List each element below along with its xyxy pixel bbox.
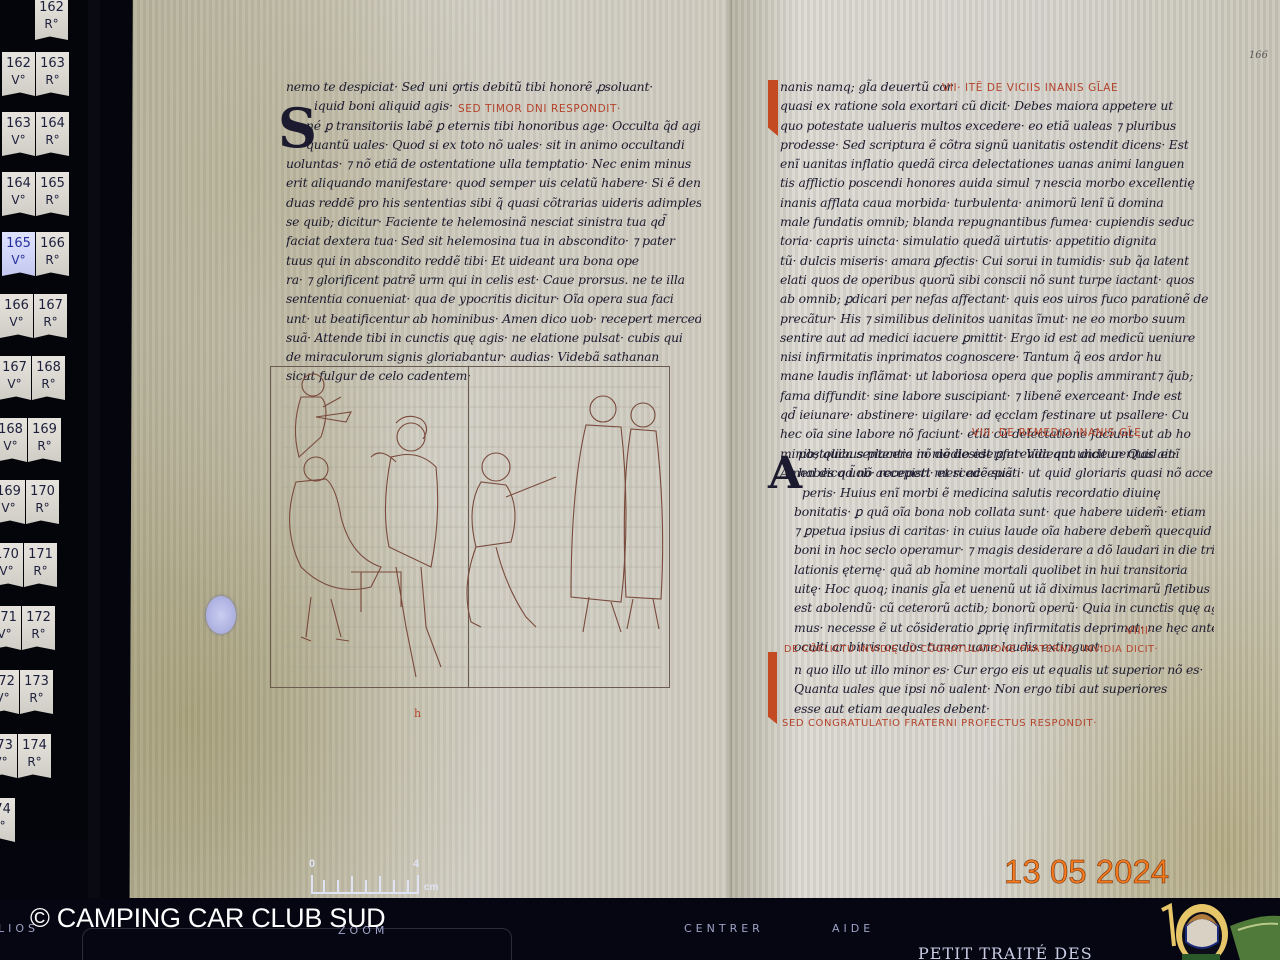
photo-date-stamp: 13 05 2024 (1004, 853, 1169, 891)
verso-leaf[interactable]: 173V° (0, 734, 17, 778)
center-button[interactable]: CENTRER (684, 922, 764, 935)
folio-thumbnail[interactable]: 162V°163R° (2, 52, 69, 98)
folio-thumbnail[interactable]: 170V°171R° (0, 543, 57, 589)
folio-side: V° (0, 818, 15, 835)
decorated-initial-i (768, 80, 778, 136)
folio-number: 173 (0, 738, 13, 753)
folio-side: V° (0, 754, 17, 771)
folio-side: R° (20, 690, 53, 707)
manuscript-line: ra· ⁊ glorificent patrẽ urm qui in celis… (286, 270, 701, 289)
recto-leaf[interactable]: 164R° (36, 112, 69, 156)
copyright-watermark: © CAMPING CAR CLUB SUD (30, 903, 385, 934)
manuscript-line: boni in hoc seclo operamur· ⁊ magis desi… (794, 540, 1214, 559)
scale-end: 4 (413, 858, 419, 870)
folio-thumbnail-rail: 162R°162V°163R°163V°164R°164V°165R°165V°… (0, 0, 100, 840)
verso-leaf[interactable]: 164V° (2, 172, 35, 216)
folio-number: 166 (40, 236, 65, 251)
manuscript-line: enĩ uanitas inflatio quedã circa delecta… (780, 154, 1210, 173)
verso-leaf[interactable]: 166V° (0, 294, 33, 338)
verso-leaf[interactable]: 163V° (2, 112, 35, 156)
recto-leaf[interactable]: 174R° (18, 734, 51, 778)
folio-side: V° (0, 376, 31, 393)
manuscript-line: nemo te despiciat· Sed uni ꝯrtis debitũ … (286, 77, 701, 96)
folio-number: 169 (32, 422, 57, 437)
manuscript-line: peris· Huius enĩ morbi ẽ medicina saluti… (794, 483, 1214, 502)
manuscript-line: precãtur· His ⁊ similibus delinitos uani… (780, 309, 1210, 328)
folio-number: 167 (2, 360, 27, 375)
recto-leaf[interactable]: 169R° (28, 418, 61, 462)
manuscript-line: Quanta uales que ipsi nõ ualent· Non erg… (794, 679, 1214, 698)
rubric-heading-viiii: VIIII· (1126, 625, 1153, 637)
rubric-heading-vii: VII· ITẼ DE VICIIS INANIS GL̃AE (942, 82, 1118, 94)
margin-mark: h (414, 707, 421, 720)
manuscript-page-verso[interactable]: S nemo te despiciat· Sed uni ꝯrtis debit… (128, 0, 735, 898)
folio-side: R° (36, 132, 69, 149)
verso-leaf[interactable]: 165V° (2, 232, 35, 276)
folio-thumbnail[interactable]: 172V°173R° (0, 670, 53, 716)
folio-number: 170 (30, 484, 55, 499)
recto-leaf[interactable]: 168R° (32, 356, 65, 400)
page-edge (128, 0, 136, 898)
manuscript-line: n quo illo ut illo minor es· Cur ergo ei… (794, 660, 1214, 679)
rubric-heading-congratulatio: SED CONGRATULATIO FRATERNI PROFECTUS RES… (782, 718, 1097, 729)
folio-thumbnail[interactable]: 164V°165R° (2, 172, 69, 218)
recto-leaf[interactable]: 165R° (36, 172, 69, 216)
manuscript-line: lationis ęternę· quã ab homine mortali q… (794, 560, 1214, 579)
verso-leaf[interactable]: 170V° (0, 543, 23, 587)
manuscript-line: tũ· dulcis miseris· amara ꝑfectis· Cui s… (780, 251, 1210, 270)
folio-side: R° (22, 626, 55, 643)
rubric-heading-viii: VIII· DE REMEDIO INANIS GL̃Ę (972, 427, 1142, 439)
scale-bar (311, 875, 419, 894)
manuscript-line: uoluntas· ⁊ nõ etiã de ostentatione ulla… (286, 154, 701, 173)
folio-number: 170 (0, 547, 19, 562)
manuscript-line: est abolendũ· cũ ceterorũ actib; bonorũ … (794, 598, 1214, 617)
folio-number: 173 (24, 674, 49, 689)
folio-side: V° (2, 72, 35, 89)
recto-leaf[interactable]: 167R° (34, 294, 67, 338)
folio-side: V° (0, 500, 25, 517)
folio-number: 163 (6, 116, 31, 131)
folio-number: 166 (4, 298, 29, 313)
manuscript-line: postolica sententia in medio est ꝑferend… (794, 444, 1214, 463)
manuscript-line: mane laudis inflãmat· ut laboriosa opera… (780, 366, 1210, 385)
folio-side: V° (0, 438, 27, 455)
folio-number: 171 (28, 547, 53, 562)
verso-leaf[interactable]: 167V° (0, 356, 31, 400)
folio-number: 164 (6, 176, 31, 191)
folio-number: 172 (26, 610, 51, 625)
folio-side: V° (0, 314, 33, 331)
rubric-heading-invidia: DE CÕFLICTU INVIDIĘ CŨ CÕGRATULATIONE FR… (784, 644, 1158, 655)
verso-leaf[interactable]: 168V° (0, 418, 27, 462)
folio-thumbnail[interactable]: 165V°166R° (2, 232, 69, 278)
folio-side: R° (28, 438, 61, 455)
scale-start: 0 (309, 858, 315, 870)
manuscript-line: male fundatis omnib; blanda repugnantibu… (780, 212, 1210, 231)
manuscript-line: ab omnib; ꝑdicari per nefas affectant· q… (780, 289, 1210, 308)
manuscript-line: quantũ uales· Quod si ex toto nõ uales· … (286, 135, 701, 154)
folio-number: 165 (6, 236, 31, 251)
manuscript-line: faciat dextera tua· Sed sit helemosina t… (286, 231, 701, 250)
recto-leaf[interactable]: 170R° (26, 480, 59, 524)
folio-thumbnail[interactable]: 167V°168R° (0, 356, 65, 402)
manuscript-line: qd̃ ieiunare· abstinere· uigilare· ad ęc… (780, 405, 1210, 424)
folio-thumbnail[interactable]: 168V°169R° (0, 418, 61, 464)
manuscript-line: tis afflictio poscendi honores auida sim… (780, 173, 1210, 192)
manuscript-line: unt· ut beatificentur ab hominibus· Amen… (286, 309, 701, 328)
folio-number: 165 (40, 176, 65, 191)
manuscript-spread: S nemo te despiciat· Sed uni ꝯrtis debit… (128, 0, 1280, 898)
manuscript-line: sententia conueniat· qua de ypocritis di… (286, 289, 701, 308)
manuscript-line: duas reddẽ pro his sententias sibi q̃ qu… (286, 193, 701, 212)
recto-leaf[interactable]: 172R° (22, 606, 55, 650)
manuscript-line: esse aut etiam aequales debent· (794, 699, 1214, 718)
folio-side: R° (26, 500, 59, 517)
manuscript-line: nisi infirmitatis inprimatos cognoscere·… (780, 347, 1210, 366)
folio-number: 169 (0, 484, 21, 499)
manuscript-line: erit aliquando manifestare· quod semper … (286, 173, 701, 192)
manuscript-line: suã· Attende tibi in cunctis quę agis· n… (286, 328, 701, 347)
scale-ruler: 0 4 cm (308, 858, 448, 898)
verso-leaf[interactable]: 174V° (0, 798, 15, 842)
help-button[interactable]: AIDE (832, 922, 874, 935)
manuscript-line: elati quos de operibus quorũ sibi consci… (780, 270, 1210, 289)
folio-number: 168 (36, 360, 61, 375)
recto-text-block-3: n quo illo ut illo minor es· Cur ergo ei… (794, 660, 1214, 718)
folio-number: 168 (0, 422, 23, 437)
folio-number: 166 (1249, 50, 1268, 61)
manuscript-line: sentire aut ad medici iacuere ꝑmittit· E… (780, 328, 1210, 347)
folio-number: 172 (0, 674, 15, 689)
manuscript-line: inanis afflata caua morbida· turbulenta·… (780, 193, 1210, 212)
folio-number: 164 (40, 116, 65, 131)
illustration-figures (271, 367, 671, 689)
recto-leaf[interactable]: 173R° (20, 670, 53, 714)
manuscript-page-recto[interactable]: 166 nanis namq; gl̃a deuertũ corquasi ex… (732, 0, 1280, 898)
recto-leaf[interactable]: 162R° (35, 0, 68, 40)
manuscript-line: bonitatis· ꝑ quã oĩa bona nob collata su… (794, 502, 1214, 521)
folio-side: V° (0, 563, 23, 580)
manuscript-line: uitę· Hoc quoq; inanis gl̃a et uenenũ ut… (794, 579, 1214, 598)
manuscript-line: ⁊ ꝑpetua ipsius di caritas· in cuius lau… (794, 521, 1214, 540)
folio-side: V° (2, 252, 35, 269)
folio-side: R° (36, 252, 69, 269)
folio-number: 171 (0, 610, 17, 625)
verso-text-block: nemo te despiciat· Sed uni ꝯrtis debitũ … (286, 77, 701, 386)
folio-number: 174 (22, 738, 47, 753)
recto-leaf[interactable]: 171R° (24, 543, 57, 587)
folio-number: 163 (40, 56, 65, 71)
pen-drawing-illustration (270, 366, 670, 688)
scale-unit: cm (424, 882, 438, 893)
manuscript-line: quasi ex ratione sola exortari cũ dicit·… (780, 96, 1210, 115)
folio-number: 167 (38, 298, 63, 313)
folio-side: V° (2, 132, 35, 149)
manuscript-line: habes qd̃ nõ accepisti· et si accepisti·… (794, 463, 1214, 482)
recto-text-block: nanis namq; gl̃a deuertũ corquasi ex rat… (780, 77, 1210, 482)
parchment-hole (206, 596, 236, 634)
folio-side: R° (24, 563, 57, 580)
folio-side: R° (32, 376, 65, 393)
manuscript-line: quo potestate ualueris multos excedere· … (780, 116, 1210, 135)
folio-number: 162 (6, 56, 31, 71)
recto-leaf[interactable]: 166R° (36, 232, 69, 276)
folio-side: V° (0, 626, 21, 643)
folio-side: V° (0, 690, 19, 707)
book-title: PETIT TRAITÉ DES (918, 944, 1093, 960)
verso-leaf[interactable]: 169V° (0, 480, 25, 524)
folio-thumbnail[interactable]: 162R° (34, 0, 68, 42)
angel-emblem-icon (1120, 896, 1280, 960)
decorated-initial-i-2 (768, 652, 777, 724)
manuscript-line: né ꝑ transitoriis labẽ ꝑ eternis tibi ho… (286, 116, 701, 135)
folio-thumbnail[interactable]: 169V°170R° (0, 480, 59, 526)
folio-thumbnail[interactable]: 163V°164R° (2, 112, 69, 158)
folio-thumbnail[interactable]: 174V° (0, 798, 15, 844)
folio-side: R° (36, 192, 69, 209)
folio-thumbnail[interactable]: 173V°174R° (0, 734, 51, 780)
folio-side: R° (36, 72, 69, 89)
manuscript-line: prodesse· Sed scriptura ẽ cõtra signũ ua… (780, 135, 1210, 154)
recto-leaf[interactable]: 163R° (36, 52, 69, 96)
verso-leaf[interactable]: 171V° (0, 606, 21, 650)
folio-thumbnail[interactable]: 166V°167R° (0, 294, 67, 340)
manuscript-line: toria· capris uincta· simulatio quedã ui… (780, 231, 1210, 250)
manuscript-line: se quib; dicitur· Faciente te helemosinã… (286, 212, 701, 231)
verso-leaf[interactable]: 172V° (0, 670, 19, 714)
rubric-heading: SED TIMOR DNI RESPONDIT· (458, 103, 621, 115)
manuscript-line: fama diffundit· sine labore suscipiant· … (780, 386, 1210, 405)
folio-side: R° (18, 754, 51, 771)
folio-side: V° (2, 192, 35, 209)
folio-number: 162 (39, 0, 64, 15)
folio-side: R° (34, 314, 67, 331)
verso-leaf[interactable]: 162V° (2, 52, 35, 96)
folio-side: R° (35, 16, 68, 33)
folio-thumbnail[interactable]: 171V°172R° (0, 606, 55, 652)
manuscript-line: de miraculorum signis gloriabantur· audi… (286, 347, 701, 366)
rail-scrollbar[interactable] (88, 0, 100, 900)
folio-number: 174 (0, 802, 11, 817)
manuscript-line: tuus qui in abscondito reddẽ tibi· Et ui… (286, 251, 701, 270)
